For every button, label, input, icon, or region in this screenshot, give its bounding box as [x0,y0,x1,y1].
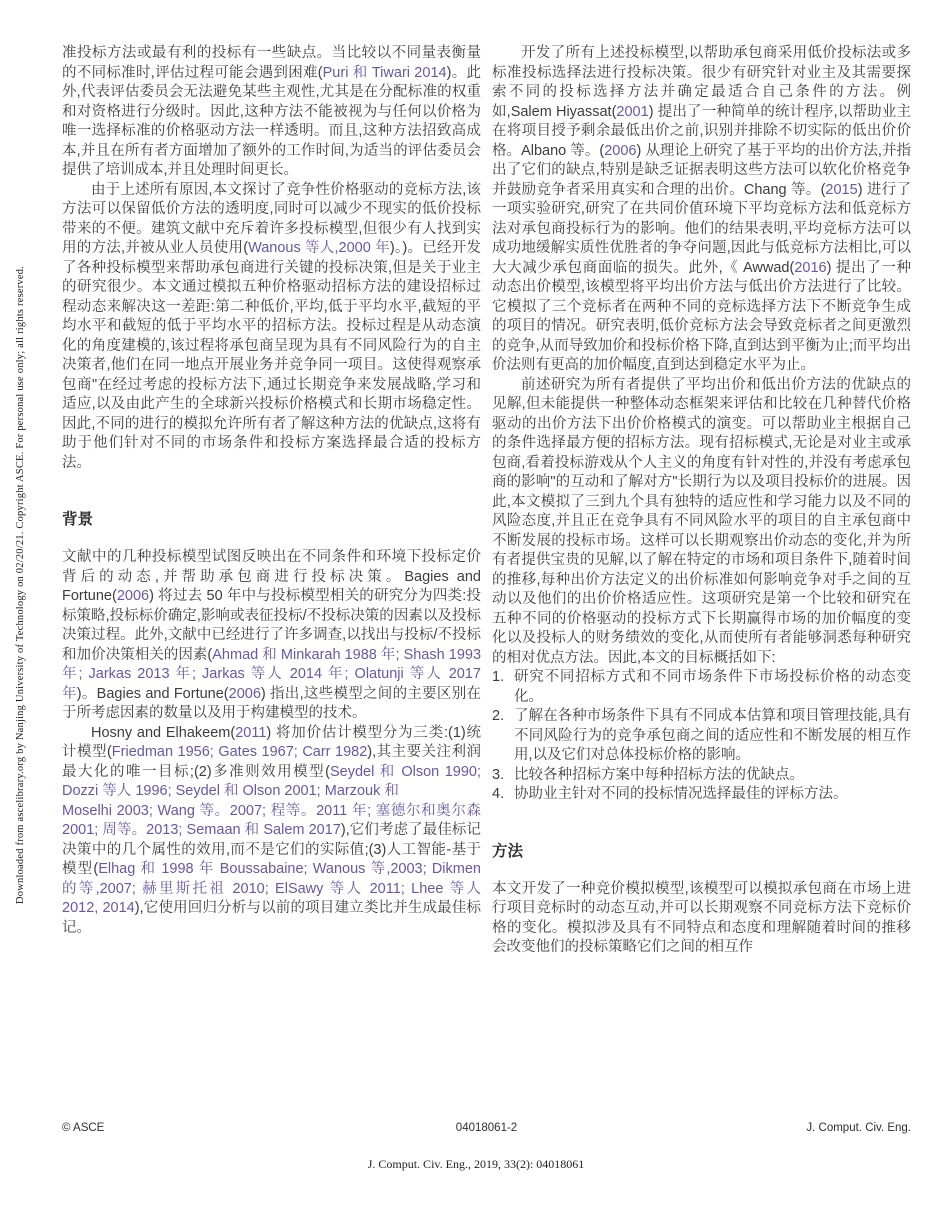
paragraph: 开发了所有上述投标模型,以帮助承包商采用低价投标法或多标准投标选择法进行投标决策… [492,44,911,376]
list-item: 1.研究不同招标方式和不同市场条件下市场投标价格的动态变化。 [492,668,911,707]
citation-link[interactable]: 2006 [117,588,149,604]
list-item: 4.协助业主针对不同的投标情况选择最佳的评标方法。 [492,785,911,805]
paragraph: 本文开发了一种竞价模拟模型,该模型可以模拟承包商在市场上进行项目竞标时的动态互动… [492,880,911,958]
text-run: 前述研究为所有者提供了平均出价和低出价方法的优缺点的见解,但未能提供一种整体动态… [492,377,911,666]
citation-link[interactable]: 2001 [616,104,648,120]
list-item-text: 比较各种招标方案中每种招标方法的优缺点。 [514,766,911,786]
citation-link[interactable]: 2006 [229,686,261,702]
citation-link[interactable]: 2016 [794,260,826,276]
citation-link[interactable]: 2011 [235,725,266,741]
citation-link[interactable]: Wanous 等人,2000 年 [248,240,390,256]
list-item-text: 研究不同招标方式和不同市场条件下市场投标价格的动态变化。 [514,668,911,707]
list-item: 2.了解在各种市场条件下具有不同成本估算和项目管理技能,具有不同风险行为的竞争承… [492,707,911,766]
list-item: 3.比较各种招标方案中每种招标方法的优缺点。 [492,766,911,786]
text-run: )。此外,代表评估委员会无法避免某些主观性,尤其是在分配标准的权重和对资格进行分… [62,65,481,179]
citation-line: J. Comput. Civ. Eng., 2019, 33(2): 04018… [0,1157,952,1172]
citation-link[interactable]: 2006 [604,143,636,159]
citation-link[interactable]: Puri 和 Tiwari 2014 [323,65,447,81]
section-heading: 方法 [492,842,911,862]
paragraph: Hosny and Elhakeem(2011) 将加价估计模型分为三类:(1)… [62,724,481,939]
citation-link[interactable]: Friedman 1956; Gates 1967; Carr 1982 [112,744,368,760]
text-run: 协助业主针对不同的投标情况选择最佳的评标方法。 [514,786,848,802]
text-run: 本文开发了一种竞价模拟模型,该模型可以模拟承包商在市场上进行项目竞标时的动态互动… [492,881,911,956]
paragraph: 文献中的几种投标模型试图反映出在不同条件和环境下投标定价背后的动态,并帮助承包商… [62,548,481,724]
text-run: 比较各种招标方案中每种招标方法的优缺点。 [514,767,804,783]
download-watermark: Downloaded from ascelibrary.org by Nanji… [15,210,29,960]
list-item-text: 了解在各种市场条件下具有不同成本估算和项目管理技能,具有不同风险行为的竞争承包商… [514,707,911,766]
paragraph: 由于上述所有原因,本文探讨了竞争性价格驱动的竞标方法,该方法可以保留低价方法的透… [62,181,481,474]
list-item-number: 2. [492,707,514,766]
paragraph: 准投标方法或最有利的投标有一些缺点。当比较以不同量表衡量的不同标准时,评估过程可… [62,44,481,181]
text-run: 研究不同招标方式和不同市场条件下市场投标价格的动态变化。 [514,669,911,705]
text-run: )。Bagies and Fortune( [77,686,229,702]
text-run: 了解在各种市场条件下具有不同成本估算和项目管理技能,具有不同风险行为的竞争承包商… [514,708,911,763]
text-run: ) 提出了一种动态出价模型,该模型将平均出价方法与低出价方法进行了比较。它模拟了… [492,260,911,374]
page-content: 准投标方法或最有利的投标有一些缺点。当比较以不同量表衡量的不同标准时,评估过程可… [62,44,911,958]
right-column: 开发了所有上述投标模型,以帮助承包商采用低价投标法或多标准投标选择法进行投标决策… [492,44,911,958]
footer-page-number: 04018061-2 [62,1122,911,1134]
paper-page: Downloaded from ascelibrary.org by Nanji… [0,0,952,1232]
text-run: Hosny and Elhakeem( [91,725,235,741]
paragraph: 前述研究为所有者提供了平均出价和低出价方法的优缺点的见解,但未能提供一种整体动态… [492,376,911,669]
list-item-number: 3. [492,766,514,786]
left-column: 准投标方法或最有利的投标有一些缺点。当比较以不同量表衡量的不同标准时,评估过程可… [62,44,481,958]
text-run: )。)。已经开发了各种投标模型来帮助承包商进行关键的投标决策,但是关于业主的研究… [62,240,481,471]
footer-journal-name: J. Comput. Civ. Eng. [806,1122,911,1134]
numbered-list: 1.研究不同招标方式和不同市场条件下市场投标价格的动态变化。2.了解在各种市场条… [492,668,911,805]
list-item-text: 协助业主针对不同的投标情况选择最佳的评标方法。 [514,785,911,805]
citation-link[interactable]: 2015 [825,182,857,198]
list-item-number: 1. [492,668,514,707]
section-heading: 背景 [62,510,481,530]
list-item-number: 4. [492,785,514,805]
